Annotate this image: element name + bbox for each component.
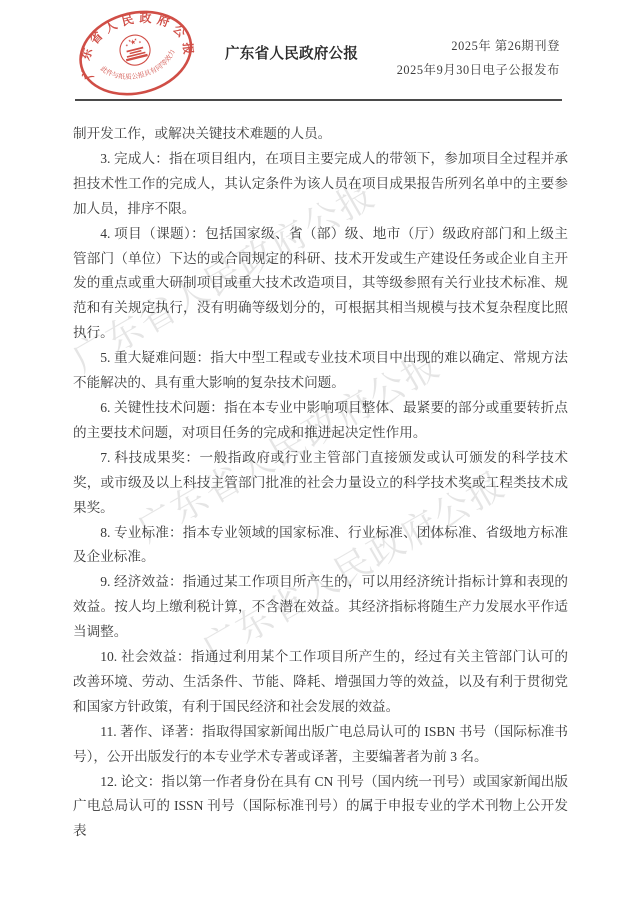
body-paragraph: 8. 专业标准：指本专业领域的国家标准、行业标准、团体标准、省级地方标准及企业标…	[73, 521, 568, 571]
body-paragraph: 5. 重大疑难问题：指大中型工程或专业技术项目中出现的难以确定、常规方法不能解决…	[73, 346, 568, 396]
gazette-title: 广东省人民政府公报	[225, 47, 358, 62]
publish-date: 2025年9月30日电子公报发布	[397, 58, 560, 82]
gazette-page: 广东省人民政府公报 此件与纸质公报具有同等效力 ★ ★ ★ ★ ★ 广东省人民政…	[0, 0, 639, 903]
header-meta: 2025年 第26期刊登 2025年9月30日电子公报发布	[397, 34, 560, 82]
svg-text:★: ★	[138, 40, 142, 45]
header-divider	[75, 99, 562, 101]
body-paragraph: 11. 著作、译著：指取得国家新闻出版广电总局认可的 ISBN 书号（国际标准书…	[73, 720, 568, 770]
document-body: 制开发工作，或解决关键技术难题的人员。 3. 完成人：指在项目组内，在项目主要完…	[73, 122, 568, 844]
svg-text:★: ★	[125, 43, 129, 48]
body-paragraph: 制开发工作，或解决关键技术难题的人员。	[73, 122, 568, 147]
issue-info: 2025年 第26期刊登	[397, 34, 560, 58]
body-paragraph: 10. 社会效益：指通过利用某个工作项目所产生的，经过有关主管部门认可的改善环境…	[73, 645, 568, 720]
government-seal: 广东省人民政府公报 此件与纸质公报具有同等效力 ★ ★ ★ ★ ★	[65, 0, 207, 113]
svg-text:★: ★	[134, 37, 138, 42]
body-paragraph: 3. 完成人：指在项目组内，在项目主要完成人的带领下，参加项目全过程并承担技术性…	[73, 147, 568, 222]
body-paragraph: 7. 科技成果奖：一般指政府或行业主管部门直接颁发或认可颁发的科学技术奖，或市级…	[73, 446, 568, 521]
body-paragraph: 6. 关键性技术问题：指在本专业中影响项目整体、最紧要的部分或重要转折点的主要技…	[73, 396, 568, 446]
body-paragraph: 12. 论文：指以第一作者身份在具有 CN 刊号（国内统一刊号）或国家新闻出版广…	[73, 770, 568, 845]
body-paragraph: 4. 项目（课题）：包括国家级、省（部）级、地市（厅）级政府部门和上级主管部门（…	[73, 222, 568, 347]
national-emblem-icon: ★ ★ ★ ★ ★	[117, 32, 153, 68]
body-paragraph: 9. 经济效益：指通过某工作项目所产生的，可以用经济统计指标计算和表现的效益。按…	[73, 570, 568, 645]
